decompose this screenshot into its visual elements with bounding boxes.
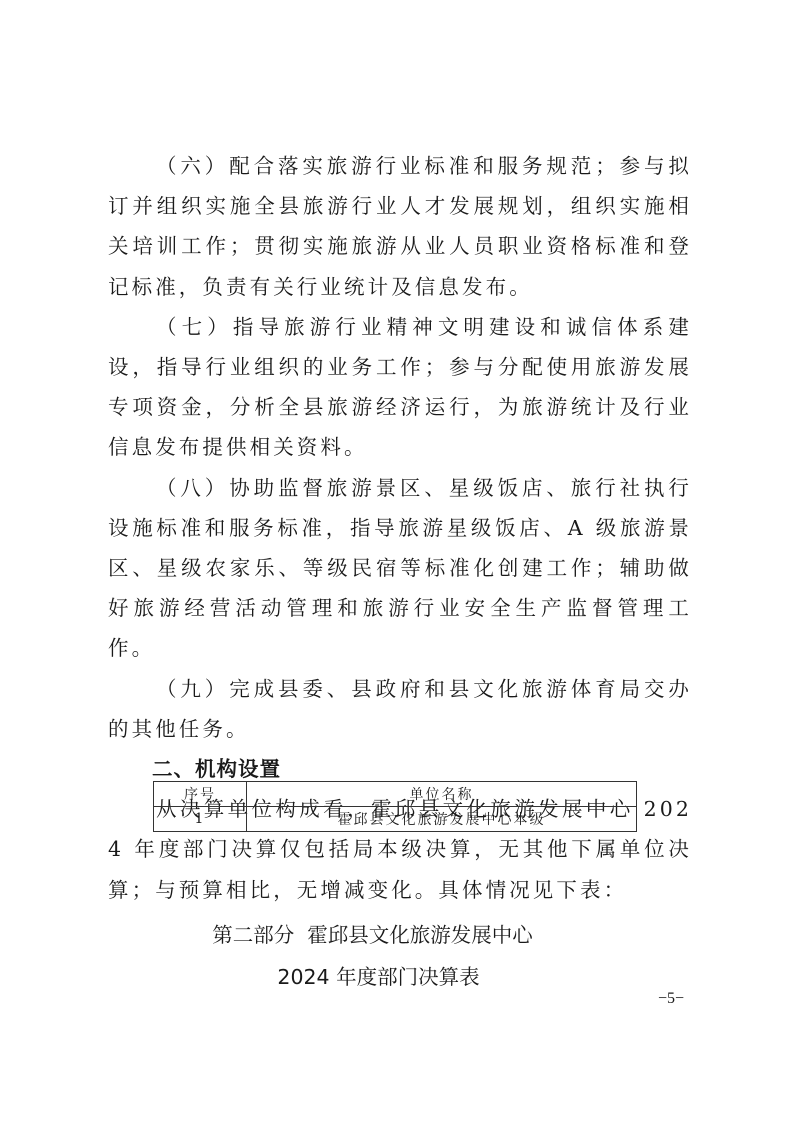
header-serial-number: 序号	[154, 782, 247, 807]
document-page: （六）配合落实旅游行业标准和服务规范；参与拟订并组织实施全县旅游行业人才发展规划…	[0, 0, 793, 1122]
paragraph-duty-8: （八）协助监督旅游景区、星级饭店、旅行社执行设施标准和服务标准，指导旅游星级饭店…	[108, 468, 692, 669]
paragraph-duty-7: （七）指导旅游行业精神文明建设和诚信体系建设，指导行业组织的业务工作；参与分配使…	[108, 307, 692, 468]
paragraph-duty-9: （九）完成县委、县政府和县文化旅游体育局交办的其他任务。	[108, 669, 692, 749]
part-title-line2: 2024 年度部门决算表	[0, 960, 775, 990]
table-header-row: 序号 单位名称	[154, 782, 637, 807]
units-table: 序号 单位名称 1 霍邱县文化旅游发展中心本级	[153, 781, 637, 832]
paragraph-duty-6: （六）配合落实旅游行业标准和服务规范；参与拟订并组织实施全县旅游行业人才发展规划…	[108, 146, 692, 307]
part-title-line1: 第二部分 霍邱县文化旅游发展中心	[0, 918, 769, 948]
table-row: 1 霍邱县文化旅游发展中心本级	[154, 807, 637, 832]
cell-serial-number: 1	[154, 807, 247, 832]
page-number: −5−	[658, 990, 684, 1008]
cell-unit-name: 霍邱县文化旅游发展中心本级	[247, 807, 637, 832]
header-unit-name: 单位名称	[247, 782, 637, 807]
